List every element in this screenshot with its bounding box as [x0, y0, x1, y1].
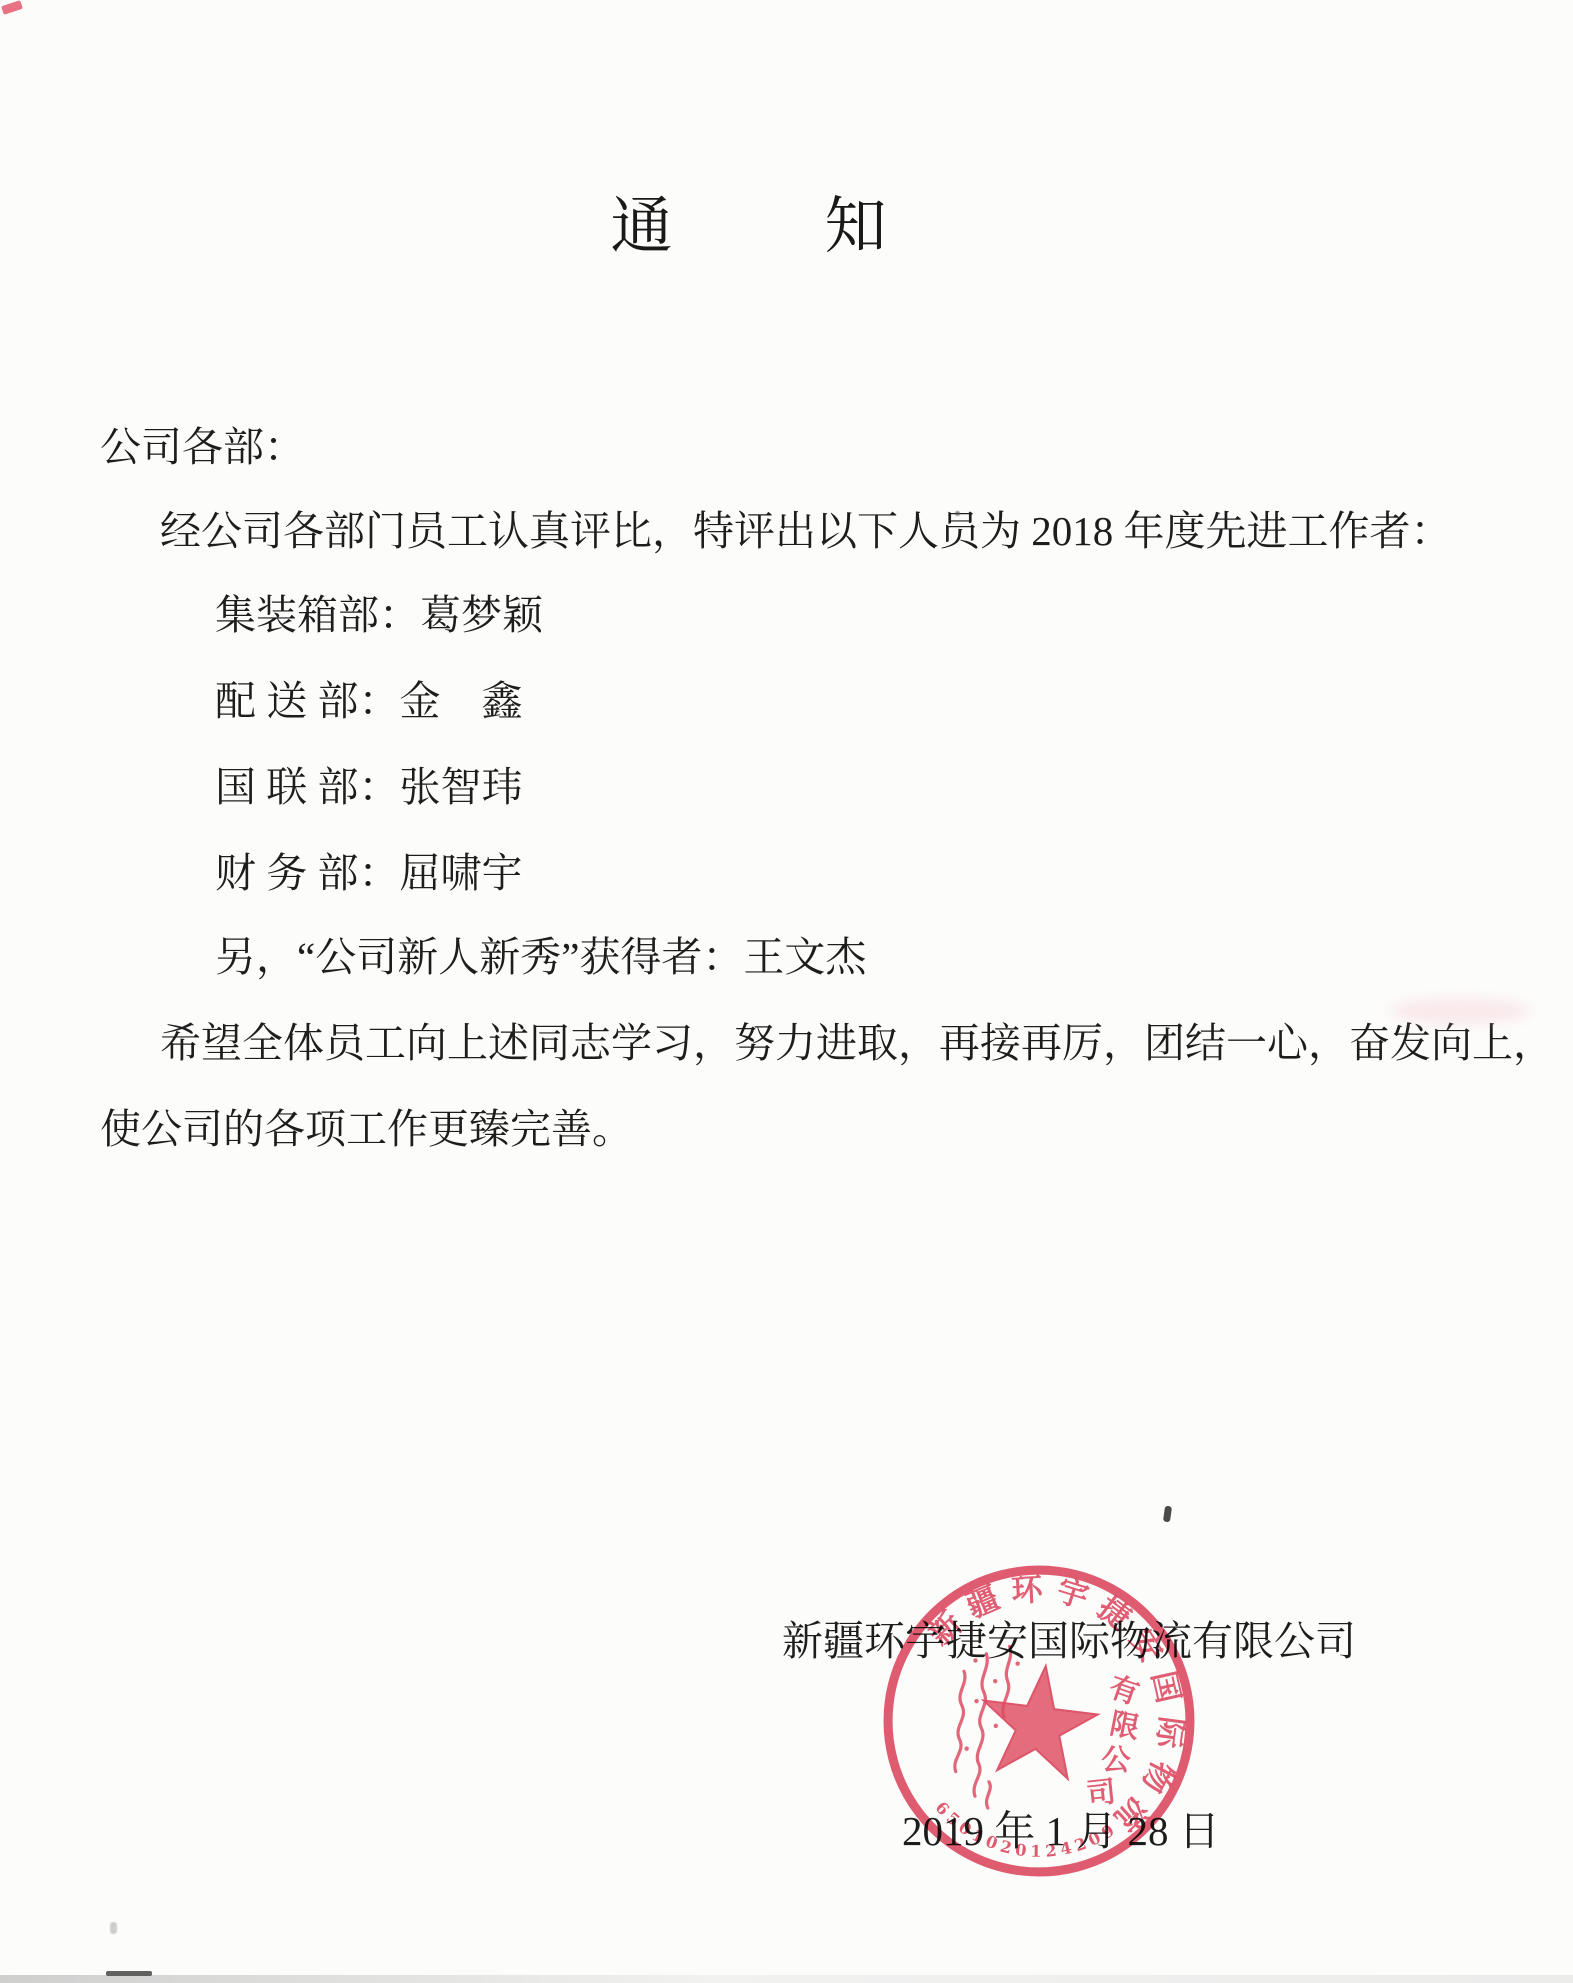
intro-paragraph: 经公司各部门员工认真评比，特评出以下人员为 2018 年度先进工作者： [160, 506, 1452, 557]
awardee-line-finance-dept: 财 务 部：屈啸宇 [215, 848, 523, 899]
seal-suffix-char-3: 公 [1101, 1744, 1132, 1777]
awardee-line-international-dept: 国 联 部：张智玮 [215, 762, 523, 813]
title-char-2: 知 [825, 196, 887, 258]
scanned-notice-page: 通 知 公司各部： 经公司各部门员工认真评比，特评出以下人员为 2018 年度先… [0, 0, 1573, 1983]
closing-paragraph-line2: 使公司的各项工作更臻完善。 [100, 1104, 633, 1155]
seal-suffix-char-1: 有 [1105, 1670, 1143, 1711]
closing-paragraph-line1: 希望全体员工向上述同志学习，努力进取，再接再厉，团结一心，奋发向上， [160, 1018, 1554, 1069]
salutation: 公司各部： [100, 422, 305, 473]
scan-artifact-red-corner [1, 0, 23, 15]
extra-award-line: 另，“公司新人新秀”获得者：王文杰 [215, 932, 866, 983]
scan-artifact-bottom-shadow [0, 1975, 1573, 1983]
awardee-line-container-dept: 集装箱部：葛梦颖 [215, 590, 543, 641]
seal-star-icon [975, 1659, 1102, 1781]
title-char-1: 通 [610, 196, 672, 258]
awardee-line-delivery-dept: 配 送 部：金 鑫 [215, 676, 523, 727]
seal-suffix-column: 有 限 公 司 [1081, 1668, 1147, 1816]
date-line: 2019 年 1 月 28 日 [902, 1806, 1220, 1857]
company-signature: 新疆环宇捷安国际物流有限公司 [782, 1616, 1356, 1667]
scan-artifact-bottom-dash [106, 1971, 152, 1976]
scan-artifact-faint-mark [110, 1922, 117, 1934]
scan-artifact-ink-mark [1163, 1506, 1172, 1523]
notice-title: 通 知 [0, 196, 1535, 258]
seal-suffix-char-2: 限 [1107, 1707, 1142, 1745]
